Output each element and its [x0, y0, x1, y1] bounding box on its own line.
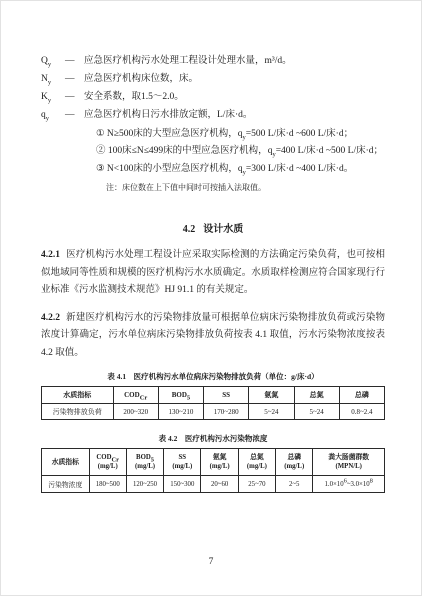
table-41-value-bod: 130~210	[158, 404, 203, 420]
table-41-header-tn: 总氮	[294, 387, 339, 404]
table-41-header-indicator: 水质指标	[42, 387, 114, 404]
table-42-value-fecal-coliform: 1.0×106~3.0×108	[313, 476, 385, 493]
definition-dash: —	[65, 53, 84, 70]
table-41-header-bod: BOD5	[158, 387, 203, 404]
definition-text: 安全系数，取1.5～2.0。	[84, 89, 385, 106]
table-42-header-tp: 总磷(mg/L)	[276, 449, 313, 476]
table-41-header-tp: 总磷	[339, 387, 384, 404]
quota-item-list: ① N≥500床的大型应急医疗机构，qy=500 L/床·d ~600 L/床·…	[41, 126, 385, 195]
table-42-header-bod: BOD5(mg/L)	[126, 449, 163, 476]
document-page: Qy — 应急医疗机构污水处理工程设计处理水量，m³/d。 Ny — 应急医疗机…	[0, 0, 422, 596]
table-42-value-tp: 2~5	[276, 476, 313, 493]
symbol-qy: qy	[41, 107, 65, 124]
table-41-header-cod: CODCr	[113, 387, 158, 404]
quota-item-small: ③ N<100床的小型应急医疗机构，qy=300 L/床·d ~400 L/床·…	[96, 161, 385, 178]
definition-dash: —	[65, 107, 84, 124]
clause-number: 4.2.1	[41, 250, 60, 260]
table-42-header-fecal-coliform: 粪大肠菌群数(MPN/L)	[313, 449, 385, 476]
item-number: ①	[96, 129, 105, 139]
table-42-header-cod: CODCr(mg/L)	[89, 449, 126, 476]
table-41-pollutant-load: 水质指标 CODCr BOD5 SS 氨氮 总氮 总磷 污染物排放负荷 200~…	[41, 386, 385, 420]
item-number: ②	[96, 146, 106, 156]
clause-text: 医疗机构污水处理工程设计应采取实际检测的方法确定污染负荷，也可按相似地域同等性质…	[41, 250, 385, 295]
table-42-pollutant-concentration: 水质指标 CODCr(mg/L) BOD5(mg/L) SS(mg/L) 氨氮(…	[41, 448, 385, 493]
page-content: Qy — 应急医疗机构污水处理工程设计处理水量，m³/d。 Ny — 应急医疗机…	[41, 53, 385, 493]
definition-line-Qy: Qy — 应急医疗机构污水处理工程设计处理水量，m³/d。	[41, 53, 385, 70]
table-41-value-tp: 0.8~2.4	[339, 404, 384, 420]
table-42-value-bod: 120~250	[126, 476, 163, 493]
table-42-header-nh3n: 氨氮(mg/L)	[201, 449, 238, 476]
symbol-Qy: Qy	[41, 53, 65, 70]
table-41-value-cod: 200~320	[113, 404, 158, 420]
table-42-header-row: 水质指标 CODCr(mg/L) BOD5(mg/L) SS(mg/L) 氨氮(…	[42, 449, 385, 476]
interpolation-note: 注：床位数在上下值中间时可按插入法取值。	[106, 181, 385, 194]
section-number: 4.2	[183, 224, 196, 235]
definition-dash: —	[65, 89, 84, 106]
symbol-definitions: Qy — 应急医疗机构污水处理工程设计处理水量，m³/d。 Ny — 应急医疗机…	[41, 53, 385, 124]
table-42-header-tn: 总氮(mg/L)	[238, 449, 275, 476]
clause-text: 新建医疗机构污水的污染物排放量可根据单位病床污染物排放负荷或污染物浓度计算确定，…	[41, 313, 385, 358]
paragraph-421: 4.2.1医疗机构污水处理工程设计应采取实际检测的方法确定污染负荷，也可按相似地…	[41, 247, 385, 300]
table-41-value-nh3n: 5~24	[249, 404, 294, 420]
table-42-value-ss: 150~300	[164, 476, 201, 493]
clause-number: 4.2.2	[41, 313, 60, 323]
definition-line-Ny: Ny — 应急医疗机构床位数，床。	[41, 71, 385, 88]
section-heading: 4.2设计水质	[41, 223, 385, 237]
table-41-header-ss: SS	[204, 387, 249, 404]
section-title: 设计水质	[203, 224, 243, 235]
table-42-caption: 表 4.2 医疗机构污水污染物浓度	[41, 434, 385, 444]
definition-text: 应急医疗机构污水处理工程设计处理水量，m³/d。	[84, 53, 385, 70]
table-41-value-tn: 5~24	[294, 404, 339, 420]
symbol-Ky: Ky	[41, 89, 65, 106]
definition-text: 应急医疗机构日污水排放定额，L/床·d。	[84, 107, 385, 124]
table-42-data-row: 污染物浓度 180~500 120~250 150~300 20~60 25~7…	[42, 476, 385, 493]
definition-line-qy: qy — 应急医疗机构日污水排放定额，L/床·d。	[41, 107, 385, 124]
quota-item-medium: ② 100床≤N≤499床的中型应急医疗机构，qy=400 L/床·d ~500…	[96, 143, 385, 160]
paragraph-422: 4.2.2新建医疗机构污水的污染物排放量可根据单位病床污染物排放负荷或污染物浓度…	[41, 310, 385, 363]
table-42-value-tn: 25~70	[238, 476, 275, 493]
quota-item-large: ① N≥500床的大型应急医疗机构，qy=500 L/床·d ~600 L/床·…	[96, 126, 385, 143]
table-42-row-label: 污染物浓度	[42, 476, 90, 493]
table-41-data-row: 污染物排放负荷 200~320 130~210 170~280 5~24 5~2…	[42, 404, 385, 420]
table-41-value-ss: 170~280	[204, 404, 249, 420]
table-41-caption: 表 4.1 医疗机构污水单位病床污染物排放负荷（单位：g/床·d）	[41, 372, 385, 382]
table-42-value-cod: 180~500	[89, 476, 126, 493]
definition-line-Ky: Ky — 安全系数，取1.5～2.0。	[41, 89, 385, 106]
definition-dash: —	[65, 71, 84, 88]
symbol-Ny: Ny	[41, 71, 65, 88]
page-number: 7	[1, 557, 421, 567]
table-42-header-indicator: 水质指标	[42, 449, 90, 476]
item-number: ③	[96, 164, 105, 174]
table-41-header-row: 水质指标 CODCr BOD5 SS 氨氮 总氮 总磷	[42, 387, 385, 404]
table-41-row-label: 污染物排放负荷	[42, 404, 114, 420]
table-42-value-nh3n: 20~60	[201, 476, 238, 493]
table-41-header-nh3n: 氨氮	[249, 387, 294, 404]
definition-text: 应急医疗机构床位数，床。	[84, 71, 385, 88]
table-42-header-ss: SS(mg/L)	[164, 449, 201, 476]
